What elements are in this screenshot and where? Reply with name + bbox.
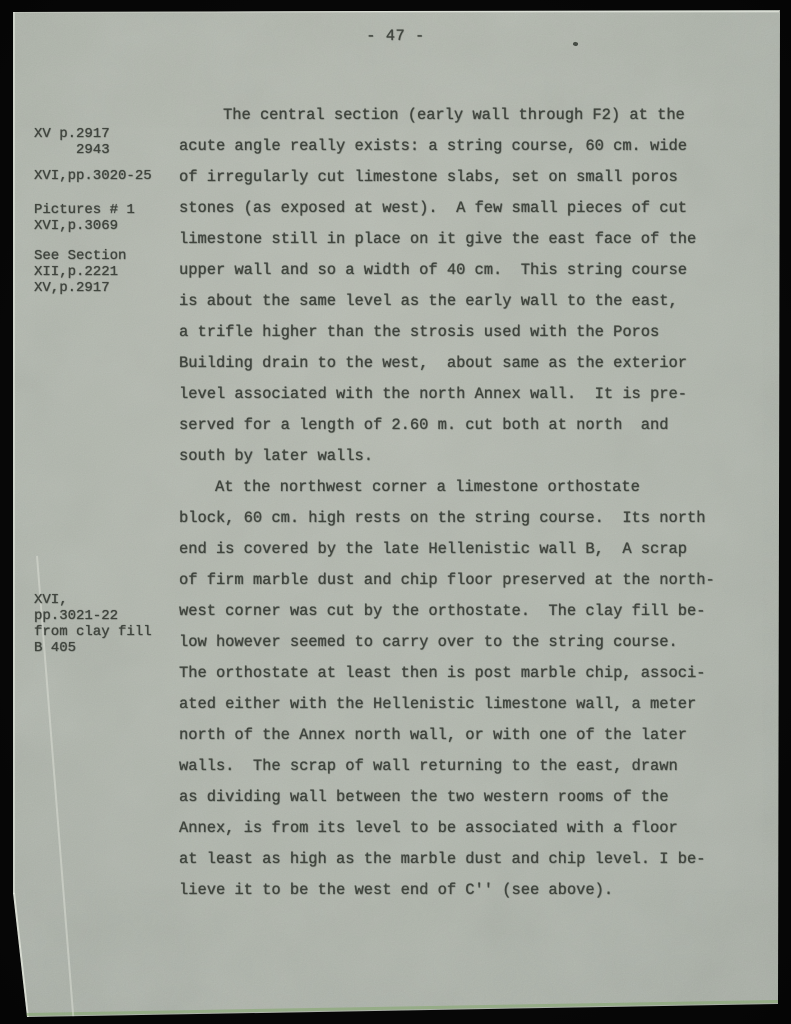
body-line: as dividing wall between the two western… <box>179 782 759 813</box>
body-line: walls. The scrap of wall returning to th… <box>179 751 759 782</box>
margin-note-line: XV,p.2917 <box>34 280 126 296</box>
body-line: block, 60 cm. high rests on the string c… <box>179 503 759 534</box>
margin-note-line: 2943 <box>34 142 110 158</box>
body-line: north of the Annex north wall, or with o… <box>179 720 759 751</box>
body-line: stones (as exposed at west). A few small… <box>179 193 759 224</box>
margin-note-line: XVI,p.3069 <box>34 218 135 234</box>
paper-edge-highlight-left <box>13 12 15 894</box>
body-text-column: The central section (early wall through … <box>179 100 759 906</box>
body-line: level associated with the north Annex wa… <box>179 379 759 410</box>
margin-notes-column: XV p.2917 2943XVI,pp.3020-25Pictures # 1… <box>34 0 184 1024</box>
body-line: served for a length of 2.60 m. cut both … <box>179 410 759 441</box>
margin-note-line: XV p.2917 <box>34 126 110 142</box>
paper-sheet: - 47 - XV p.2917 2943XVI,pp.3020-25Pictu… <box>0 0 791 1024</box>
margin-note-line: XVI,pp.3020-25 <box>34 168 152 184</box>
margin-note-line: XII,p.2221 <box>34 264 126 280</box>
body-line: limestone still in place on it give the … <box>179 224 759 255</box>
body-line: lieve it to be the west end of C'' (see … <box>179 875 759 906</box>
body-line: The orthostate at least then is post mar… <box>179 658 759 689</box>
margin-note-line: pp.3021-22 <box>34 608 152 624</box>
body-line: The central section (early wall through … <box>179 100 759 131</box>
body-line: ated either with the Hellenistic limesto… <box>179 689 759 720</box>
body-line: acute angle really exists: a string cour… <box>179 131 759 162</box>
margin-note-line: B 405 <box>34 640 152 656</box>
margin-note-group: Pictures # 1XVI,p.3069 <box>34 202 135 234</box>
margin-note-line: XVI, <box>34 592 152 608</box>
margin-note-line: See Section <box>34 248 126 264</box>
margin-note-group: See SectionXII,p.2221XV,p.2917 <box>34 248 126 296</box>
margin-note-group: XV p.2917 2943 <box>34 126 110 158</box>
body-line: a trifle higher than the strosis used wi… <box>179 317 759 348</box>
body-line: end is covered by the late Hellenistic w… <box>179 534 759 565</box>
margin-note-line: from clay fill <box>34 624 152 640</box>
margin-note-group: XVI,pp.3020-25 <box>34 168 152 184</box>
body-line: west corner was cut by the orthostate. T… <box>179 596 759 627</box>
body-line: upper wall and so a width of 40 cm. This… <box>179 255 759 286</box>
scan-black-border: - 47 - XV p.2917 2943XVI,pp.3020-25Pictu… <box>0 0 791 1024</box>
body-paragraph: At the northwest corner a limestone orth… <box>179 472 759 906</box>
body-line: At the northwest corner a limestone orth… <box>179 472 759 503</box>
body-line: of irregularly cut limestone slabs, set … <box>179 162 759 193</box>
body-line: south by later walls. <box>179 441 759 472</box>
margin-note-line: Pictures # 1 <box>34 202 135 218</box>
body-line: Building drain to the west, about same a… <box>179 348 759 379</box>
body-paragraph: The central section (early wall through … <box>179 100 759 472</box>
body-line: low however seemed to carry over to the … <box>179 627 759 658</box>
margin-note-group: XVI,pp.3021-22from clay fillB 405 <box>34 592 152 656</box>
paper-edge-bottom-left-cut <box>13 893 29 1018</box>
body-line: Annex, is from its level to be associate… <box>179 813 759 844</box>
body-line: is about the same level as the early wal… <box>179 286 759 317</box>
body-line: at least as high as the marble dust and … <box>179 844 759 875</box>
body-line: of firm marble dust and chip floor prese… <box>179 565 759 596</box>
